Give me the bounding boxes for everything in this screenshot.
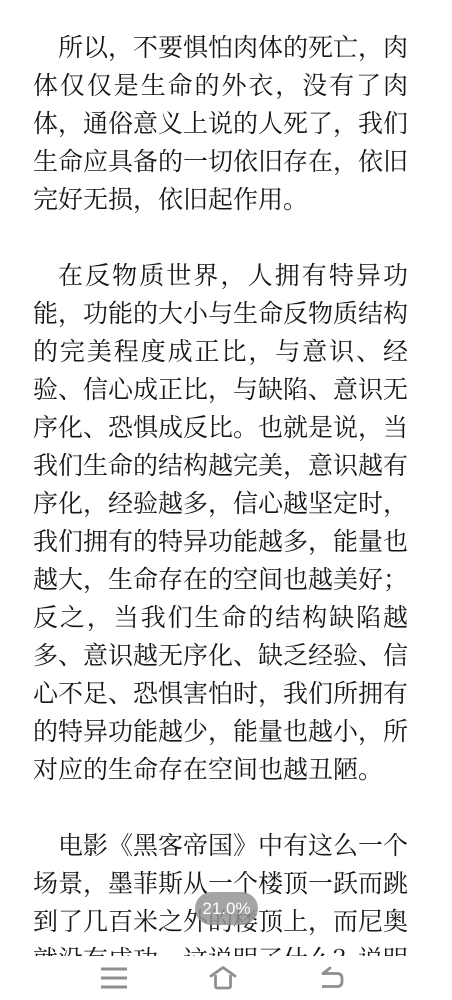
android-navigation-bar (0, 956, 452, 1000)
back-button[interactable] (314, 961, 350, 995)
home-icon (208, 964, 238, 992)
paragraph-1: 所以，不要惧怕肉体的死亡，肉体仅仅是生命的外衣，没有了肉体，通俗意义上说的人死了… (33, 29, 408, 219)
home-button[interactable] (204, 960, 242, 996)
recent-apps-button[interactable] (96, 962, 132, 994)
reader-screen: { "reader": { "paragraphs": [ "所以，不要惧怕肉体… (0, 0, 452, 1000)
hamburger-menu-icon (100, 966, 128, 990)
back-arrow-icon (318, 965, 346, 991)
paragraph-2: 在反物质世界，人拥有特异功能，功能的大小与生命反物质结构的完美程度成正比，与意识… (33, 257, 408, 789)
reader-content-area[interactable]: 所以，不要惧怕肉体的死亡，肉体仅仅是生命的外衣，没有了肉体，通俗意义上说的人死了… (0, 29, 452, 958)
reading-progress-toast: 21.0% (195, 892, 258, 925)
